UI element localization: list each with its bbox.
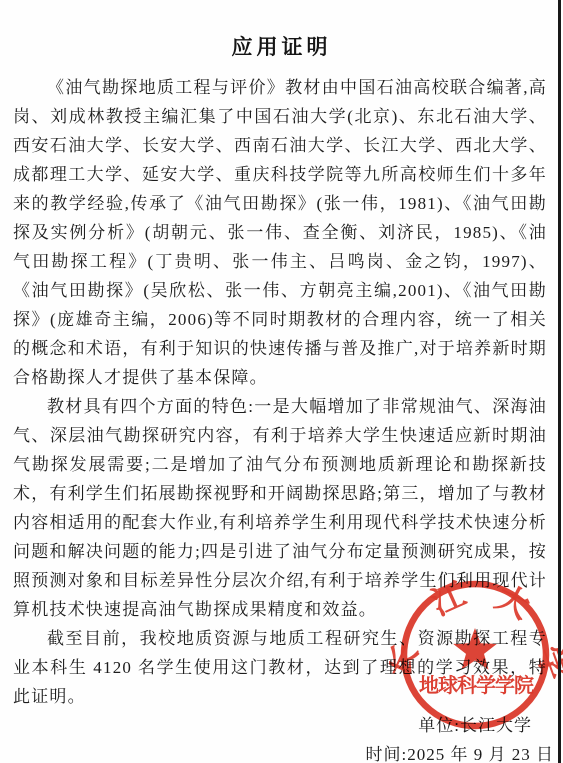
signature-date: 时间:2025 年 9 月 23 日 (13, 740, 554, 763)
document-body: 《油气勘探地质工程与评价》教材由中国石油高校联合编著,高岗、刘成林教授主编汇集了… (13, 73, 547, 711)
certificate-page: 应用证明 《油气勘探地质工程与评价》教材由中国石油高校联合编著,高岗、刘成林教授… (0, 0, 563, 763)
scan-edge-line (558, 0, 561, 763)
page-title: 应用证明 (14, 31, 549, 61)
paragraph-usage: 截至目前，我校地质资源与地质工程研究生、资源勘探工程专业本科生 4120 名学生… (13, 624, 547, 711)
paragraph-intro: 《油气勘探地质工程与评价》教材由中国石油高校联合编著,高岗、刘成林教授主编汇集了… (13, 73, 547, 392)
paragraph-features: 教材具有四个方面的特色:一是大幅增加了非常规油气、深海油气、深层油气勘探研究内容… (13, 392, 547, 624)
signature-block: 单位:长江大学 时间:2025 年 9 月 23 日 (13, 711, 563, 763)
signature-unit: 单位:长江大学 (13, 711, 532, 740)
